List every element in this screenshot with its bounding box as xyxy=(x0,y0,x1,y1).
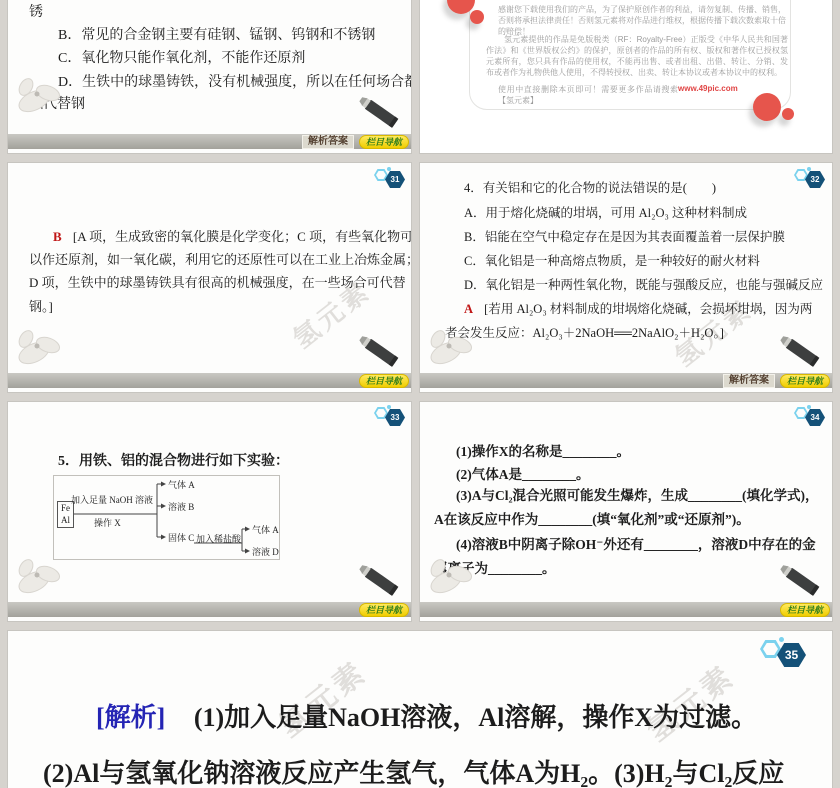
operation-x-label: 操作 X xyxy=(94,516,121,529)
slide-footer-bar: 栏目导航 xyxy=(420,602,832,617)
solid-c-label: 固体 C xyxy=(168,531,194,544)
step2-label: 加入稀盐酸 xyxy=(196,532,241,545)
experiment-flowchart: Fe Al 加入足量 NaOH 溶液 操作 X 气体 A 溶液 B 固体 C 加… xyxy=(53,475,280,560)
answer-line-3: D 项，生铁中的球墨铸铁具有很高的机械强度，在一些场合可代替 xyxy=(29,272,406,291)
gas-a2-label: 气体 A xyxy=(252,523,279,536)
solution-b-label: 溶液 B xyxy=(168,500,194,513)
hexagon-dot-icon xyxy=(779,637,784,642)
question-3-text: (3)A与Cl₂混合光照可能发生爆炸，生成________(填化学式)， xyxy=(456,484,819,504)
marker-pen-icon xyxy=(775,333,829,373)
analysis-line-1: (1)加入足量NaOH溶液，Al溶解，操作X为过滤。 xyxy=(194,703,757,732)
analysis-answer-button[interactable]: 解析答案 xyxy=(302,135,354,149)
answer-line-4: 钢。] xyxy=(29,296,53,315)
page-number: 31 xyxy=(385,171,405,188)
red-circle-decoration xyxy=(753,93,781,121)
option-b-text: B．铝能在空气中稳定存在是因为其表面覆盖着一层保护膜 xyxy=(464,227,785,245)
al-label: Al xyxy=(58,514,73,526)
flowchart-lines xyxy=(54,476,279,559)
marker-pen-icon xyxy=(354,94,408,134)
notice-tip-text: 使用中直接删除本页即可！需要更多作品请搜索【氢元素】 xyxy=(498,84,678,106)
page-number: 32 xyxy=(805,171,825,188)
answer-letter: B xyxy=(53,229,62,244)
step1-label: 加入足量 NaOH 溶液 xyxy=(66,493,158,506)
flower-decoration xyxy=(420,546,486,604)
marker-pen-icon xyxy=(354,562,408,602)
nav-button[interactable]: 栏目导航 xyxy=(780,603,830,617)
option-c-text: C．氧化物只能作氧化剂，不能作还原剂 xyxy=(58,47,305,67)
page-number-badge: 35 xyxy=(760,637,808,668)
question-2-text: (2)气体A是________。 xyxy=(456,463,590,483)
question-4-text: (4)溶液B中阴离子除OH⁻外还有________，溶液D中存在的金 xyxy=(456,533,816,553)
flower-decoration xyxy=(420,317,486,375)
analysis-answer-button[interactable]: 解析答案 xyxy=(723,374,775,388)
analysis-line-2: (2)Al与氢氧化钠溶液反应产生氢气，气体A为H₂。(3)H₂与Cl₂反应 xyxy=(43,753,784,788)
page-number: 33 xyxy=(385,409,405,426)
page-number-badge: 32 xyxy=(794,167,826,188)
slide-license-notice: 感谢您下载使用我们的产品，为了保护原创作者的利益，请勿复制、传播、销售，否则将承… xyxy=(419,0,833,154)
red-circle-decoration xyxy=(470,10,484,24)
option-c-text: C．氧化铝是一种高熔点物质，是一种较好的耐火材料 xyxy=(464,251,760,269)
answer-letter: A xyxy=(464,302,473,316)
slide-fill-in-questions: 34 (1)操作X的名称是________。 (2)气体A是________。 … xyxy=(419,401,833,622)
question-5-text: 5．用铁、铝的混合物进行如下实验： xyxy=(58,450,289,470)
page-number: 35 xyxy=(777,643,806,667)
answer-line-2: 以作还原剂，如一氧化碳，利用它的还原性可以在工业上冶炼金属； xyxy=(29,249,412,268)
slide-footer-bar: 栏目导航 xyxy=(8,373,411,388)
notice-paragraph-2: 氢元素提供的作品是免版税类（RF：Royalty-Free）正版受《中华人民共和… xyxy=(486,34,788,78)
answer-line-2: 者会发生反应：Al₂O₃＋2NaOH══2NaAlO₂＋H₂O。] xyxy=(445,323,724,341)
notice-paragraph-1: 感谢您下载使用我们的产品，为了保护原创作者的利益，请勿复制、传播、销售，否则将承… xyxy=(498,4,786,37)
slide-footer-bar: 解析答案 栏目导航 xyxy=(420,373,832,388)
question-3-cont-text: A在该反应中作为________(填“氧化剂”或“还原剂”)。 xyxy=(434,508,750,528)
slide-question5-flowchart: 33 5．用铁、铝的混合物进行如下实验： F xyxy=(7,401,412,622)
red-circle-decoration xyxy=(782,108,794,120)
marker-pen-icon xyxy=(775,562,829,602)
option-a-text: A．用于熔化烧碱的坩埚，可用 Al₂O₃ 这种材料制成 xyxy=(464,203,747,221)
hexagon-dot-icon xyxy=(387,167,391,171)
nav-button[interactable]: 栏目导航 xyxy=(359,135,409,149)
page-number-badge: 34 xyxy=(794,405,826,426)
analysis-tag: [解析] xyxy=(96,703,165,732)
page-number: 34 xyxy=(805,409,825,426)
page-number-badge: 33 xyxy=(374,405,406,426)
page-number-badge: 31 xyxy=(374,167,406,188)
slide-footer-bar: 解析答案 栏目导航 xyxy=(8,134,411,149)
nav-button[interactable]: 栏目导航 xyxy=(359,374,409,388)
gas-a-label: 气体 A xyxy=(168,478,195,491)
option-b-text: B．常见的合金钢主要有硅钢、锰钢、钨钢和不锈钢 xyxy=(58,24,375,44)
answer-line-1: [A 项，生成致密的氧化膜是化学变化；C 项，有些氧化物可 xyxy=(73,229,412,244)
flower-decoration xyxy=(8,546,74,604)
flower-decoration xyxy=(8,65,74,123)
nav-button[interactable]: 栏目导航 xyxy=(780,374,830,388)
hexagon-dot-icon xyxy=(807,405,811,409)
hexagon-dot-icon xyxy=(387,405,391,409)
flower-decoration xyxy=(8,317,74,375)
slide-question4: 32 氢元素 4．有关铝和它的化合物的说法错误的是( ) A．用于熔化烧碱的坩埚… xyxy=(419,162,833,393)
slide-question3-options: 锈 B．常见的合金钢主要有硅钢、锰钢、钨钢和不锈钢 C．氧化物只能作氧化剂，不能… xyxy=(7,0,412,154)
question-4-text: 4．有关铝和它的化合物的说法错误的是( ) xyxy=(464,178,716,196)
option-d-text: D．生铁中的球墨铸铁，没有机械强度，所以在任何场合都不可 xyxy=(58,71,412,91)
slides-preview-canvas: 锈 B．常见的合金钢主要有硅钢、锰钢、钨钢和不锈钢 C．氧化物只能作氧化剂，不能… xyxy=(0,0,840,788)
slide-answer-b: 31 氢元素 B [A 项，生成致密的氧化膜是化学变化；C 项，有些氧化物可 以… xyxy=(7,162,412,393)
solution-d-label: 溶液 D xyxy=(252,545,279,558)
question-1-text: (1)操作X的名称是________。 xyxy=(456,440,630,460)
hexagon-dot-icon xyxy=(807,167,811,171)
marker-pen-icon xyxy=(354,333,408,373)
slide-analysis: 35 氢元素 氢元素 [解析] (1)加入足量NaOH溶液，Al溶解，操作X为过… xyxy=(7,630,833,788)
answer-line-1: [若用 Al₂O₃ 材料制成的坩埚熔化烧碱，会损坏坩埚，因为两 xyxy=(484,302,812,316)
nav-button[interactable]: 栏目导航 xyxy=(359,603,409,617)
website-link[interactable]: www.49pic.com xyxy=(678,84,738,93)
option-d-tail-text: 锈 xyxy=(29,1,43,21)
option-d-text: D．氧化铝是一种两性氧化物，既能与强酸反应，也能与强碱反应 xyxy=(464,275,823,293)
slide-footer-bar: 栏目导航 xyxy=(8,602,411,617)
